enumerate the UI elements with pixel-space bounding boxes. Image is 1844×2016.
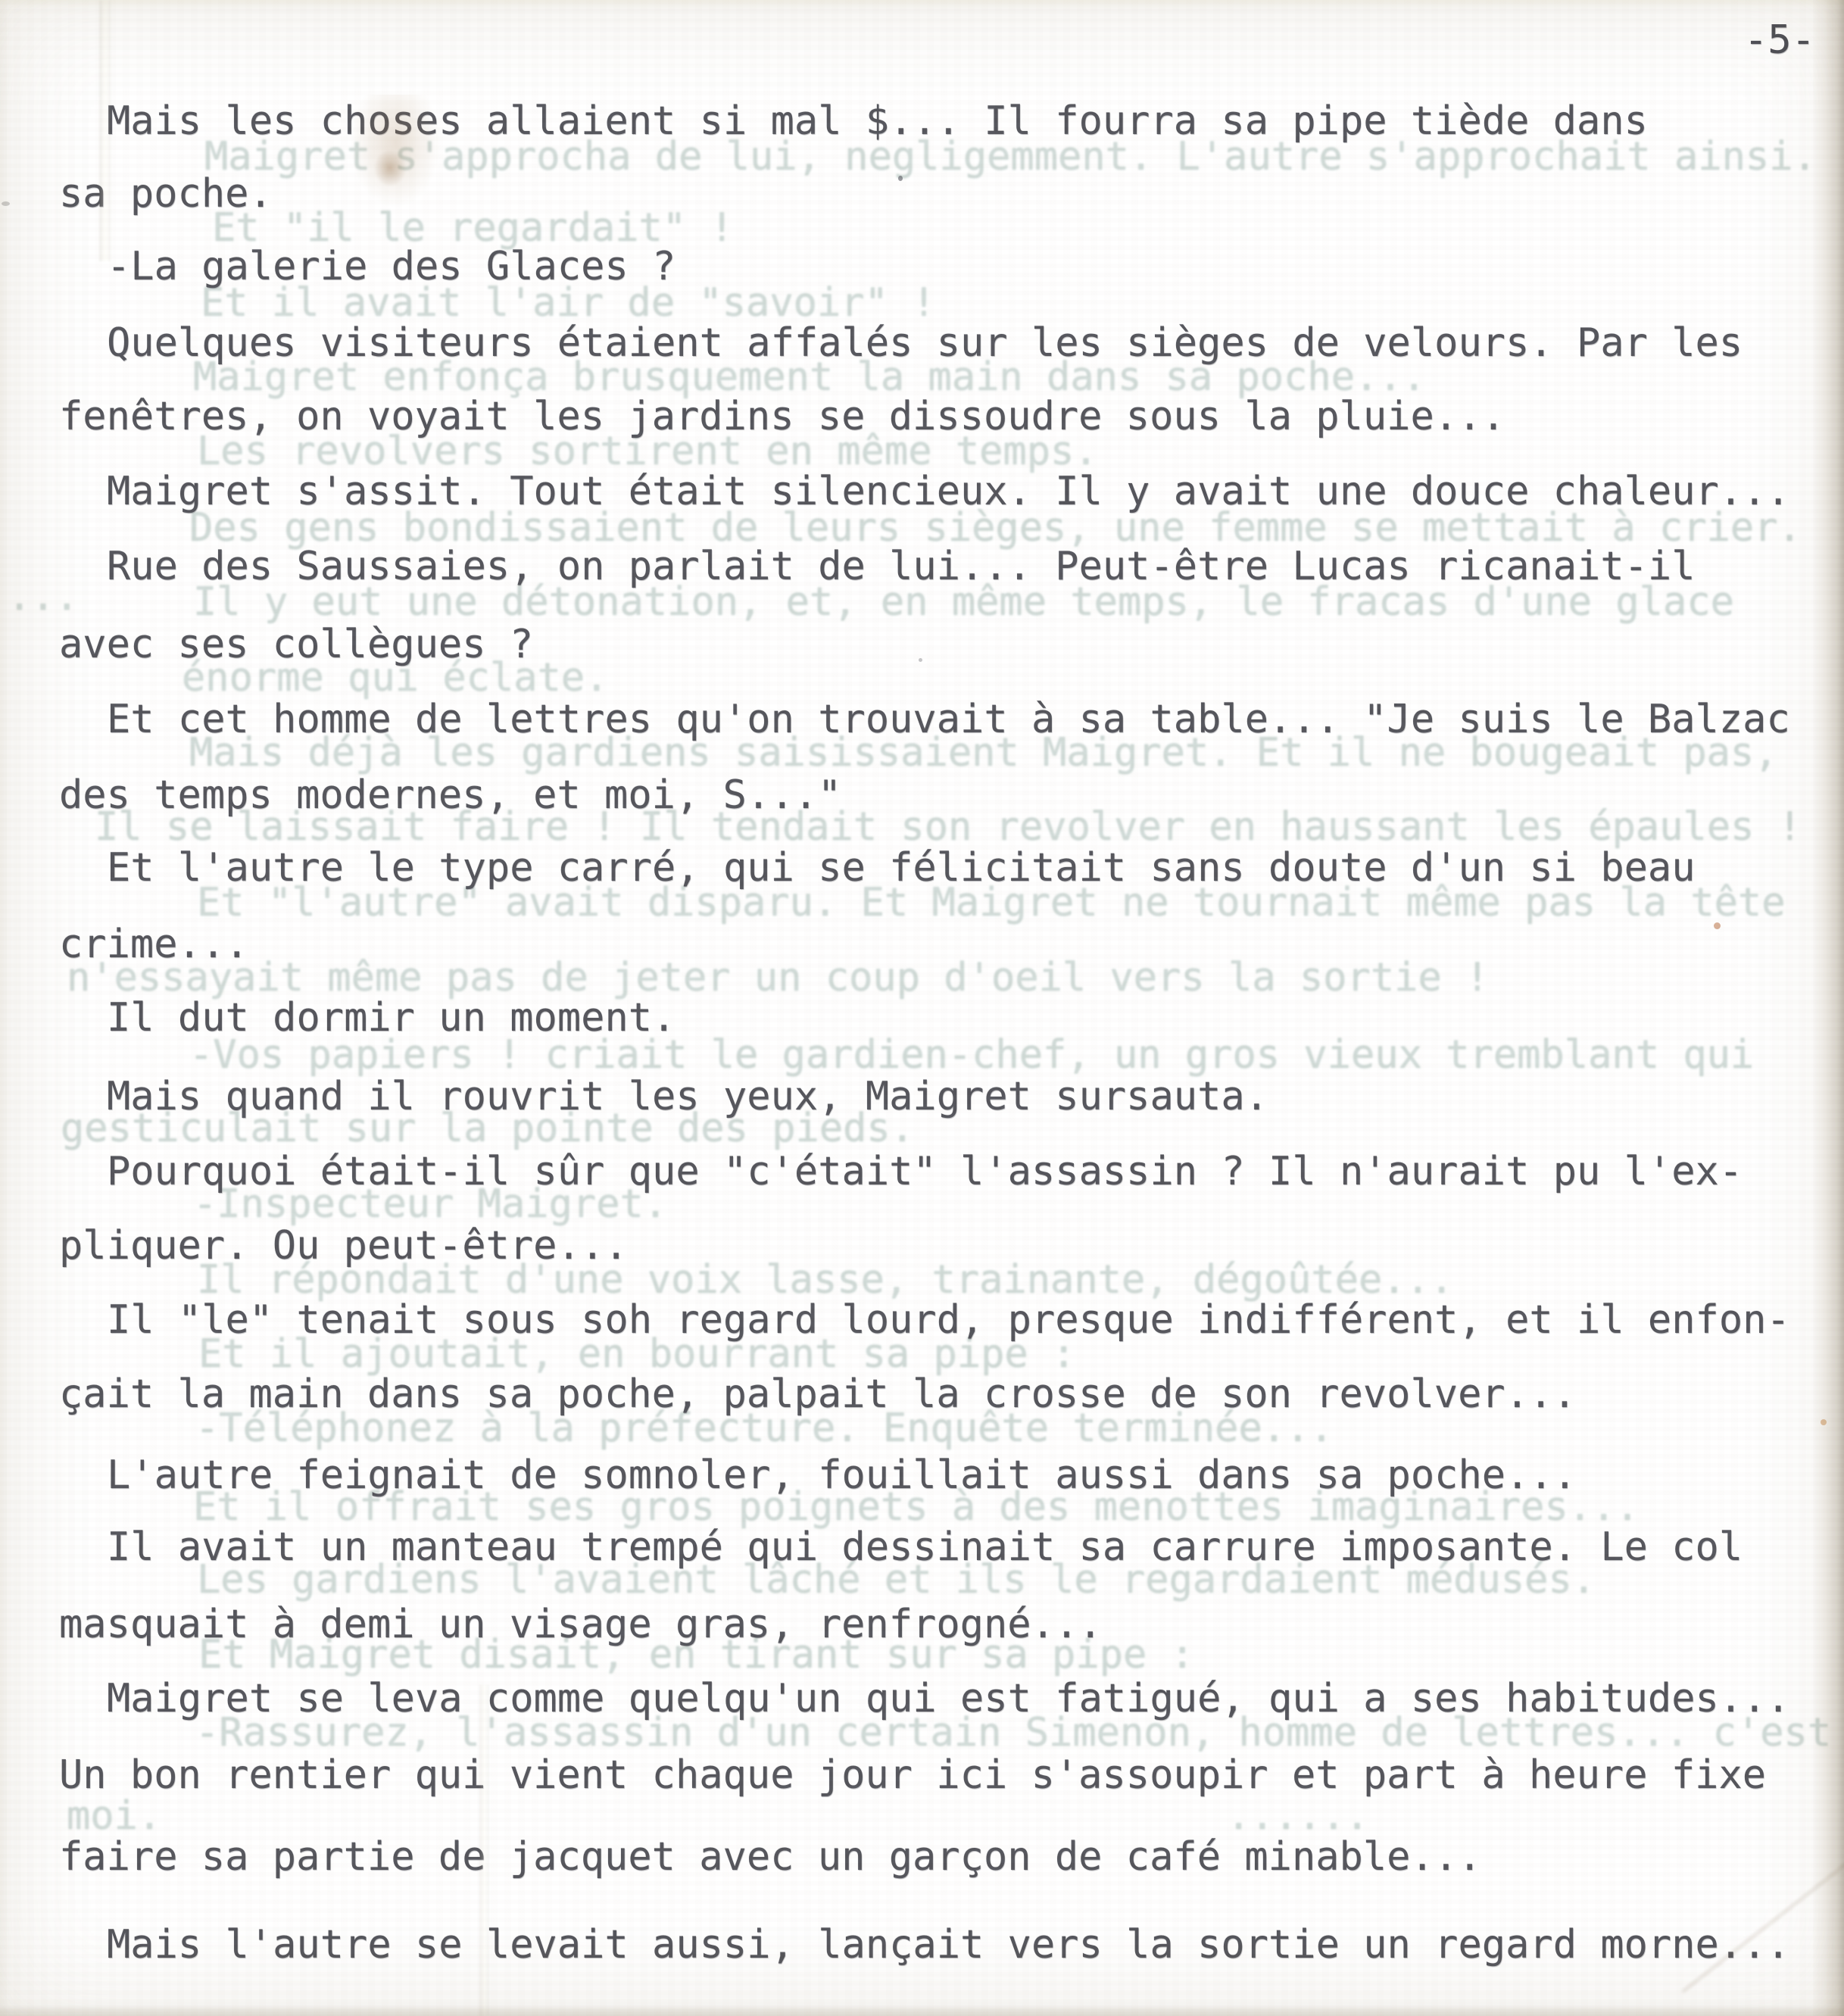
typescript-line: Quelques visiteurs étaient affalés sur l… <box>107 323 1743 363</box>
typescript-line: Un bon rentier qui vient chaque jour ici… <box>59 1755 1766 1795</box>
paper-speck <box>2 201 10 206</box>
typescript-line: Rue des Saussaies, on parlait de lui... … <box>107 547 1696 586</box>
bleedthrough-line: moi. <box>67 1796 161 1836</box>
scanned-typescript-page: { "page": { "number_label": "-5-", "pape… <box>0 0 1844 2016</box>
paper-crease-diagonal <box>1682 1827 1844 1993</box>
bleedthrough-line: n'essayait même pas de jeter un coup d'o… <box>67 958 1489 997</box>
typescript-line: Et cet homme de lettres qu'on trouvait à… <box>107 700 1790 739</box>
typescript-line: Et l'autre le type carré, qui se félicit… <box>107 848 1696 888</box>
typescript-line: crime... <box>59 925 248 964</box>
typescript-line: Il dut dormir un moment. <box>107 998 676 1038</box>
paper-edge-highlight-top <box>0 0 1844 9</box>
typescript-line: sa poche. <box>59 174 273 214</box>
typescript-line: -La galerie des Glaces ? <box>107 247 676 286</box>
typescript-line: faire sa partie de jacquet avec un garço… <box>59 1837 1481 1877</box>
page-number: -5- <box>1744 20 1815 60</box>
typescript-line: L'autre feignait de somnoler, fouillait … <box>107 1456 1577 1495</box>
bleedthrough-line: Et "il le regardait" ! <box>212 208 734 248</box>
bleedthrough-line: ... <box>8 577 79 616</box>
typescript-line: Maigret se leva comme quelqu'un qui est … <box>107 1679 1790 1718</box>
paper-edge-shadow-bottom <box>0 2004 1844 2016</box>
bleedthrough-line: ...... <box>1227 1796 1369 1836</box>
typescript-line: des temps modernes, et moi, S..." <box>59 776 841 815</box>
typescript-line: avec ses collègues ? <box>59 625 533 664</box>
typescript-line: Maigret s'assit. Tout était silencieux. … <box>107 472 1790 511</box>
typescript-line: pliquer. Ou peut-être... <box>59 1226 628 1265</box>
typescript-line: masquait à demi un visage gras, renfrogn… <box>59 1605 1103 1644</box>
typescript-line: Pourquoi était-il sûr que "c'était" l'as… <box>107 1152 1743 1191</box>
paper-speck <box>1821 1419 1827 1425</box>
typescript-line: Mais quand il rouvrit les yeux, Maigret … <box>107 1077 1268 1116</box>
typescript-line: Il "le" tenait sous soh regard lourd, pr… <box>107 1300 1790 1340</box>
typescript-line: Il avait un manteau trempé qui dessinait… <box>107 1528 1743 1567</box>
bleedthrough-line: -Vos papiers ! criait le gardien-chef, u… <box>189 1035 1754 1075</box>
typescript-line: Mais les choses allaient si mal $... Il … <box>107 101 1648 141</box>
paper-speck <box>919 658 922 662</box>
typescript-line: çait la main dans sa poche, palpait la c… <box>59 1375 1577 1414</box>
typescript-line: fenêtres, on voyait les jardins se disso… <box>59 397 1505 436</box>
typescript-line: Mais l'autre se levait aussi, lançait ve… <box>107 1925 1790 1965</box>
